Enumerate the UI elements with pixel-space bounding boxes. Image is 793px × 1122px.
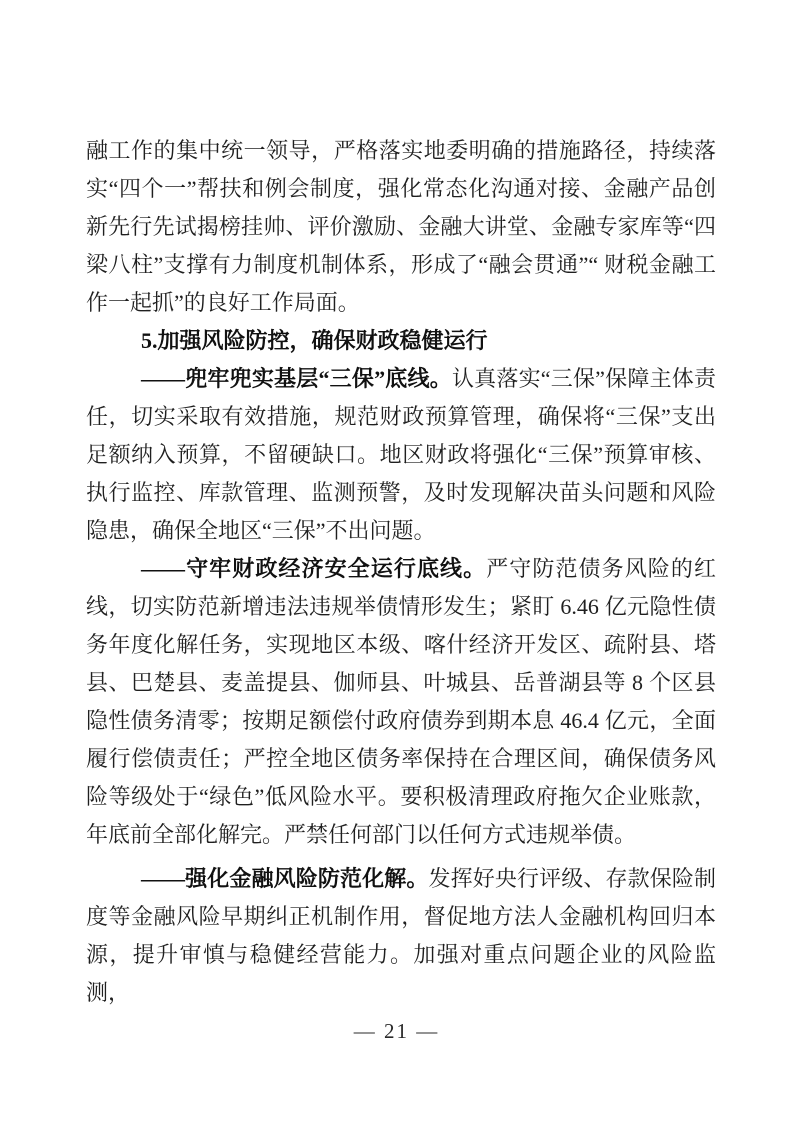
- paragraph: ——兜牢兜实基层“三保”底线。认真落实“三保”保障主体责任，切实采取有效措施，规…: [86, 360, 716, 550]
- paragraph-text: 严守防范债务风险的红线，切实防范新增违法违规举债情形发生；紧盯 6.46 亿元隐…: [86, 556, 716, 847]
- paragraph-text: 认真落实“三保”保障主体责任，切实采取有效措施，规范财政预算管理，确保将“三保”…: [86, 366, 716, 543]
- document-content: 融工作的集中统一领导，严格落实地委明确的措施路径，持续落实“四个一”帮扶和例会制…: [86, 132, 716, 1012]
- paragraph-lead: ——守牢财政经济安全运行底线。: [141, 556, 486, 581]
- page-number: — 21 —: [354, 1019, 440, 1043]
- paragraph-lead: ——兜牢兜实基层“三保”底线。: [141, 366, 452, 391]
- paragraph-text: 融工作的集中统一领导，严格落实地委明确的措施路径，持续落实“四个一”帮扶和例会制…: [86, 138, 716, 315]
- paragraph: ——强化金融风险防范化解。发挥好央行评级、存款保险制度等金融风险早期纠正机制作用…: [86, 860, 716, 1012]
- section-heading: 5.加强风险防控，确保财政稳健运行: [86, 322, 716, 360]
- paragraph: ——守牢财政经济安全运行底线。严守防范债务风险的红线，切实防范新增违法违规举债情…: [86, 550, 716, 854]
- paragraph-continuation: 融工作的集中统一领导，严格落实地委明确的措施路径，持续落实“四个一”帮扶和例会制…: [86, 132, 716, 322]
- page-footer: — 21 —: [0, 1019, 793, 1044]
- paragraph-lead: ——强化金融风险防范化解。: [141, 866, 429, 891]
- document-page: 融工作的集中统一领导，严格落实地委明确的措施路径，持续落实“四个一”帮扶和例会制…: [0, 0, 793, 1122]
